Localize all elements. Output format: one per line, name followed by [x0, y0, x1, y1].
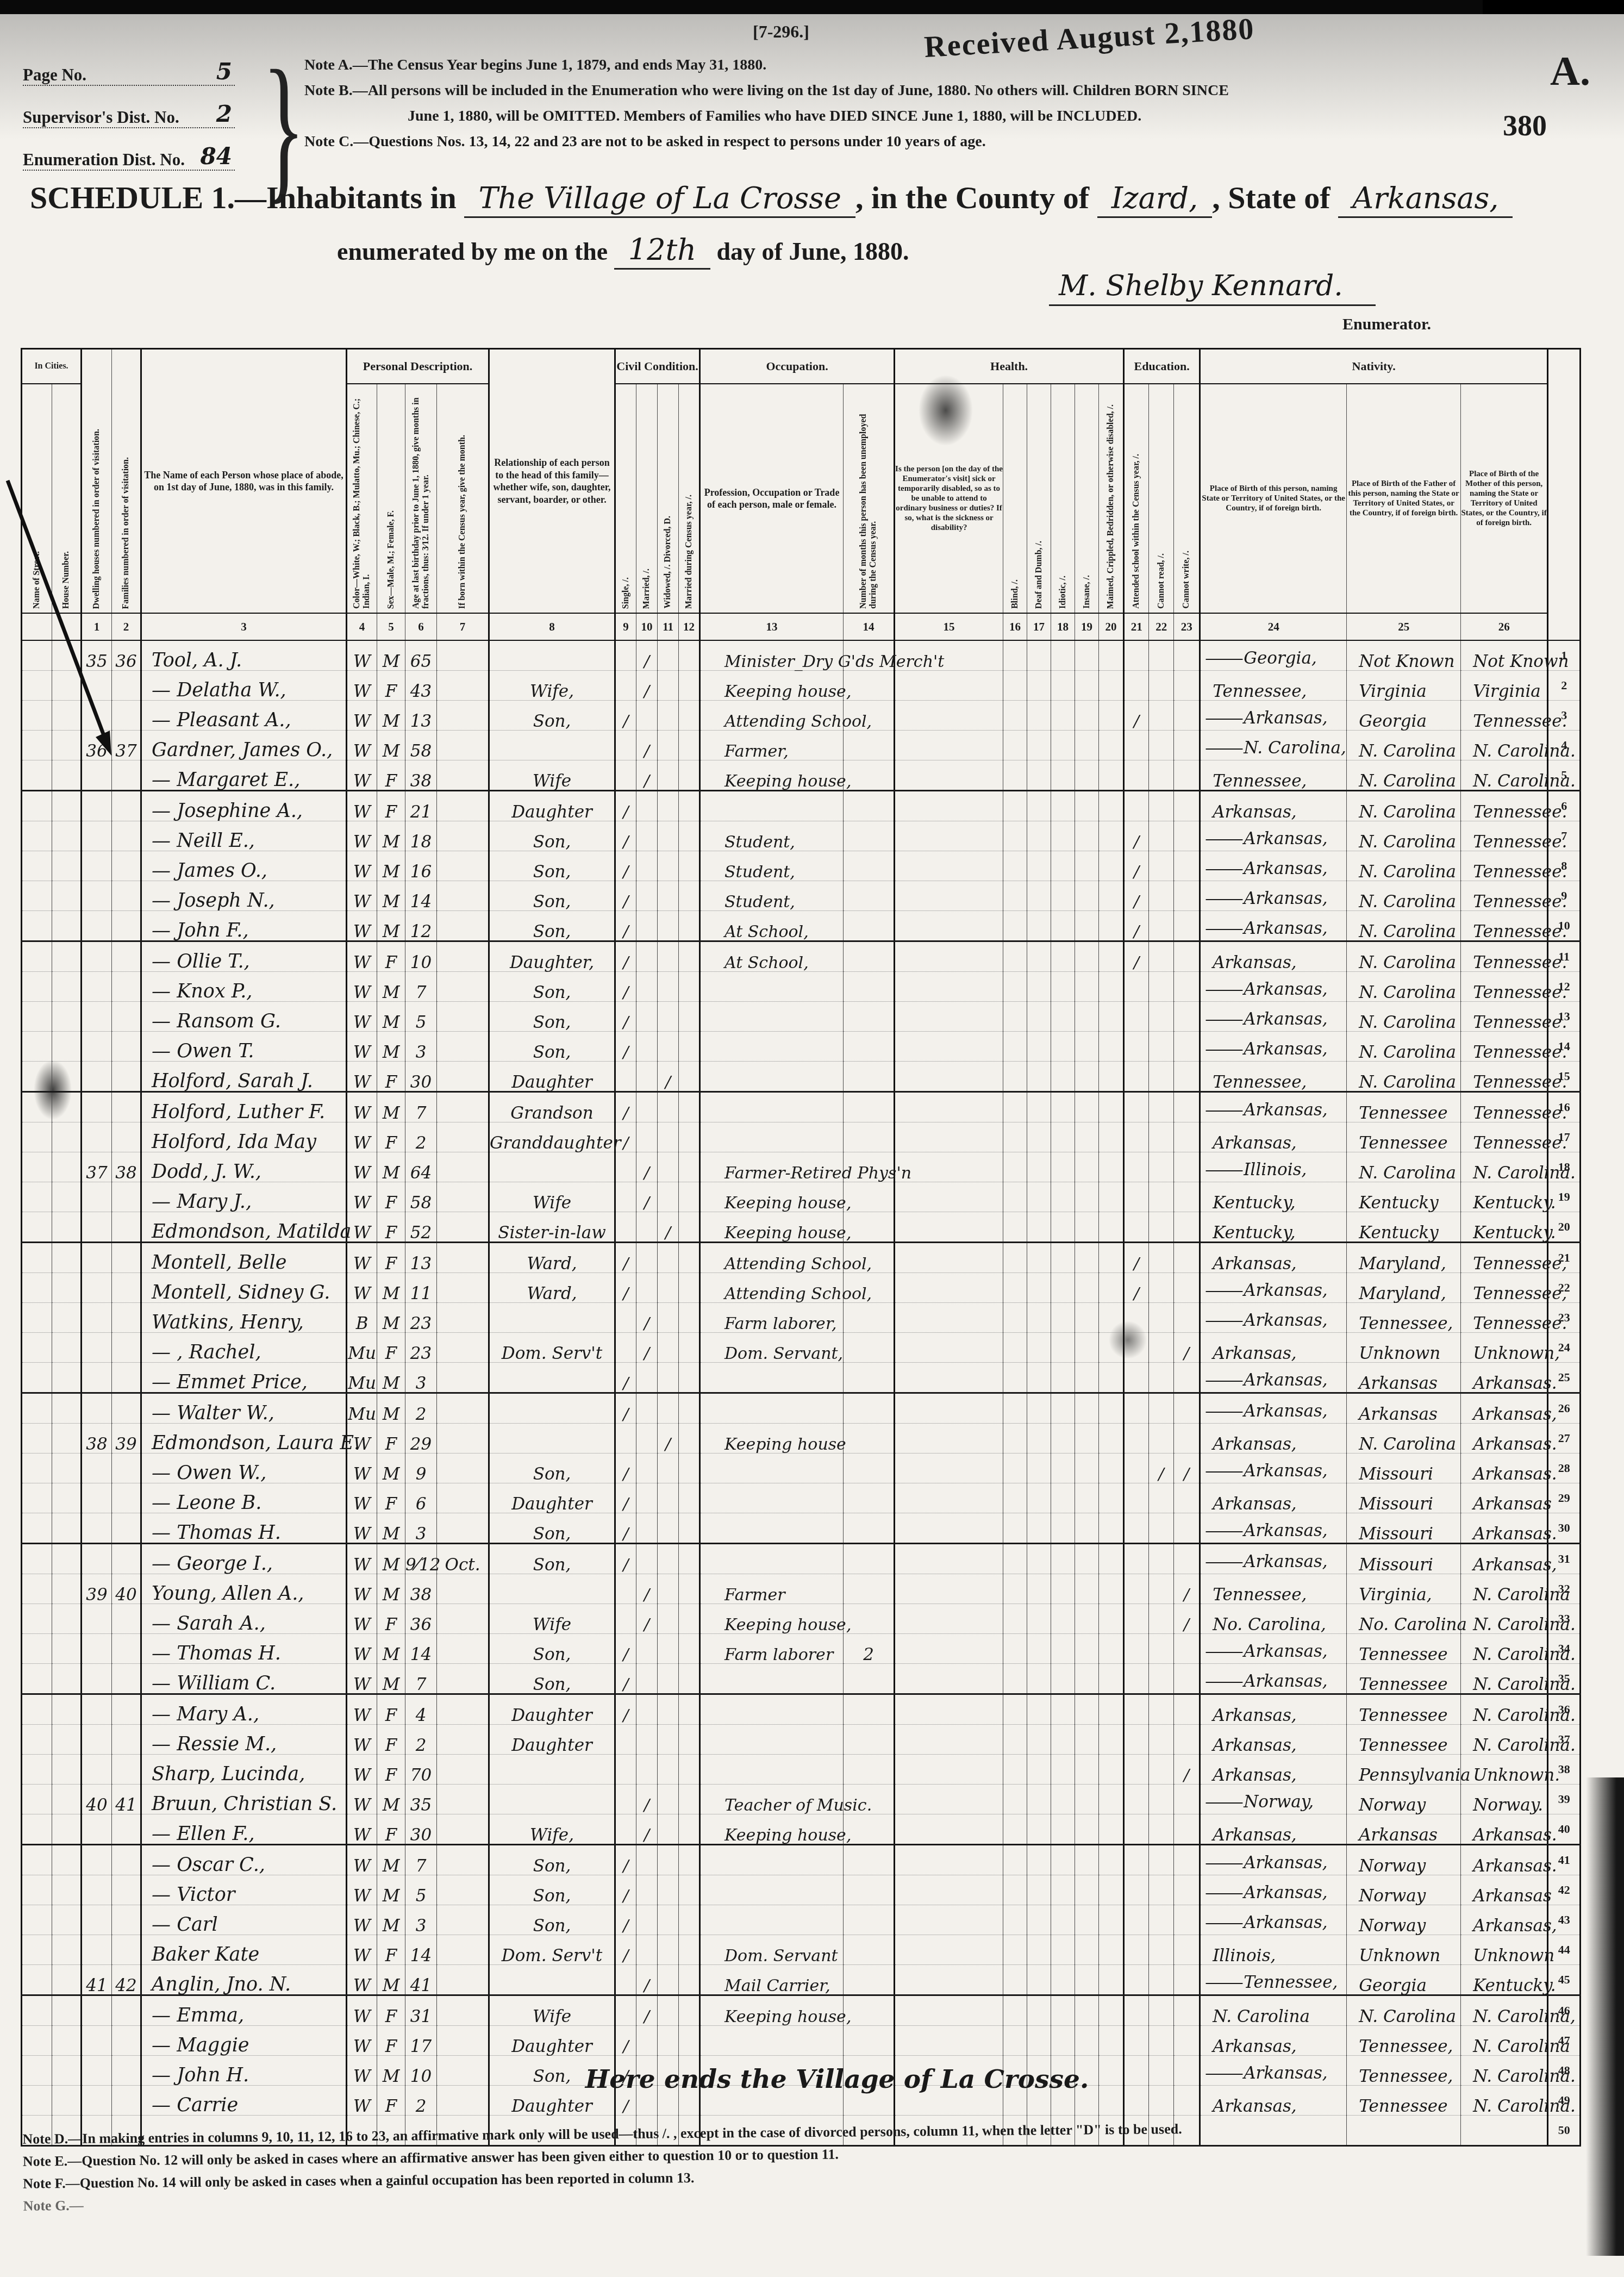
cell-cannot-write-mark	[1174, 1513, 1200, 1544]
cell-birth-month	[437, 1483, 489, 1513]
cell-cannot-read-mark	[1149, 1995, 1174, 2026]
cell-disabled-mark	[1099, 821, 1124, 851]
cell-cannot-write-mark	[1174, 1122, 1200, 1152]
cell-relationship: Dom. Serv't	[489, 1333, 615, 1363]
cell-idiotic-mark	[1051, 821, 1075, 851]
cell-blind-mark	[1003, 1182, 1027, 1212]
col-mother-birthplace-header: Place of Birth of the Mother of this per…	[1461, 384, 1548, 613]
cell-blind-mark	[1003, 1393, 1027, 1424]
cell-disabled-mark	[1099, 1513, 1124, 1544]
cell-deaf-mark	[1027, 1032, 1051, 1062]
ditto-dash: —	[1204, 1102, 1244, 1119]
cell-father-birthplace: N. Carolina	[1347, 1995, 1461, 2026]
cell-relationship	[489, 1393, 615, 1424]
cell-cannot-read-mark	[1149, 1363, 1174, 1393]
cell-father-birthplace: Pennsylvania	[1347, 1755, 1461, 1785]
cell-sex: M	[377, 701, 405, 731]
cell-house	[52, 1875, 82, 1905]
cell-house	[52, 1453, 82, 1483]
cell-mother-birthplace: Arkansas	[1461, 1483, 1548, 1513]
cell-relationship: Wife	[489, 760, 615, 791]
cell-married-cy-mark	[679, 1243, 700, 1273]
cell-married-mark	[636, 1393, 658, 1424]
col-married-header: Married, /.	[636, 384, 658, 613]
cell-color: W	[347, 1182, 377, 1212]
ditto-dash: —	[1204, 1041, 1244, 1058]
cell-sex: M	[377, 881, 405, 911]
cell-birth-month	[437, 972, 489, 1002]
cell-street	[22, 941, 52, 972]
cell-cannot-read-mark	[1149, 941, 1174, 972]
cell-disabled-mark	[1099, 671, 1124, 701]
cell-father-birthplace: Tennessee,	[1347, 2056, 1461, 2086]
census-row: 3940Young, Allen A.,WM38/Farmer/Tennesse…	[22, 1574, 1581, 1604]
cell-person-name: Dodd, J. W.,	[141, 1152, 347, 1182]
cell-birthplace: —Arkansas,	[1200, 972, 1347, 1002]
cell-months-unemployed	[844, 1393, 895, 1424]
cell-person-name: Bruun, Christian S.	[141, 1785, 347, 1814]
cell-mother-birthplace: N. Carolina.	[1461, 1664, 1548, 1694]
census-row: — Mary A.,WF4Daughter/Arkansas,Tennessee…	[22, 1694, 1581, 1725]
cell-family	[112, 1755, 141, 1785]
cell-single-mark	[615, 1785, 636, 1814]
cell-married-mark	[636, 1845, 658, 1875]
cell-sex: F	[377, 1995, 405, 2026]
cell-insane-mark	[1075, 701, 1099, 731]
cell-married-cy-mark	[679, 1182, 700, 1212]
cell-sickness	[895, 1755, 1003, 1785]
cell-married-mark: /	[636, 1152, 658, 1182]
cell-disabled-mark	[1099, 1393, 1124, 1424]
cell-mother-birthplace: N. Carolina	[1461, 2026, 1548, 2056]
cell-widowed-mark	[658, 1755, 679, 1785]
cell-age: 70	[405, 1755, 437, 1785]
column-number: 4	[347, 613, 377, 640]
cell-relationship: Son,	[489, 1634, 615, 1664]
cell-street	[22, 911, 52, 941]
cell-birth-month	[437, 731, 489, 760]
cell-school-mark	[1124, 1122, 1149, 1152]
cell-married-mark: /	[636, 731, 658, 760]
cell-dwelling	[82, 1725, 112, 1755]
schedule-label: SCHEDULE 1.—Inhabitants in	[30, 180, 457, 215]
cell-insane-mark	[1075, 1453, 1099, 1483]
cell-married-mark	[636, 1002, 658, 1032]
cell-father-birthplace: N. Carolina	[1347, 1032, 1461, 1062]
cell-married-mark	[636, 1363, 658, 1393]
cell-birthplace: Arkansas,	[1200, 2026, 1347, 2056]
cell-house	[52, 791, 82, 821]
cell-family	[112, 1092, 141, 1122]
cell-dwelling	[82, 1905, 112, 1935]
cell-family	[112, 1273, 141, 1303]
cell-sickness	[895, 851, 1003, 881]
cell-idiotic-mark	[1051, 972, 1075, 1002]
ditto-dash: —	[1204, 890, 1244, 907]
cell-street	[22, 1333, 52, 1363]
cell-deaf-mark	[1027, 1965, 1051, 1995]
cell-dwelling	[82, 851, 112, 881]
cell-school-mark	[1124, 1604, 1149, 1634]
cell-deaf-mark	[1027, 1333, 1051, 1363]
cell-dwelling	[82, 1032, 112, 1062]
cell-street	[22, 1694, 52, 1725]
cell-house	[52, 1845, 82, 1875]
cell-single-mark	[615, 760, 636, 791]
cell-family	[112, 1453, 141, 1483]
cell-widowed-mark	[658, 1995, 679, 2026]
cell-disabled-mark	[1099, 1122, 1124, 1152]
cell-school-mark	[1124, 1755, 1149, 1785]
cell-deaf-mark	[1027, 1424, 1051, 1453]
column-number: 23	[1174, 613, 1200, 640]
cell-relationship: Daughter	[489, 791, 615, 821]
cell-sex: F	[377, 1694, 405, 1725]
group-in-cities: In Cities.	[22, 349, 82, 384]
cell-insane-mark	[1075, 881, 1099, 911]
cell-relationship: Daughter	[489, 1725, 615, 1755]
cell-disabled-mark	[1099, 760, 1124, 791]
cell-widowed-mark	[658, 1303, 679, 1333]
cell-school-mark	[1124, 1664, 1149, 1694]
cell-sex: M	[377, 1393, 405, 1424]
note-c: Note C.—Questions Nos. 13, 14, 22 and 23…	[304, 129, 1467, 154]
col-profession-header: Profession, Occupation or Trade of each …	[700, 384, 844, 613]
cell-cannot-write-mark	[1174, 1544, 1200, 1574]
cell-widowed-mark	[658, 640, 679, 671]
supervisor-dist-value: 2	[216, 101, 232, 127]
cell-dwelling	[82, 1122, 112, 1152]
cell-insane-mark	[1075, 1995, 1099, 2026]
cell-cannot-write-mark: /	[1174, 1333, 1200, 1363]
cell-disabled-mark	[1099, 1814, 1124, 1845]
cell-idiotic-mark	[1051, 1122, 1075, 1152]
cell-school-mark	[1124, 972, 1149, 1002]
cell-married-mark	[636, 1755, 658, 1785]
cell-cannot-read-mark	[1149, 972, 1174, 1002]
cell-birth-month	[437, 821, 489, 851]
page-no-label: Page No.	[23, 65, 86, 85]
cell-blind-mark	[1003, 1243, 1027, 1273]
census-row: — , Rachel,MuF23Dom. Serv't/Dom. Servant…	[22, 1333, 1581, 1363]
cell-idiotic-mark	[1051, 1574, 1075, 1604]
cell-idiotic-mark	[1051, 1905, 1075, 1935]
cell-cannot-write-mark: /	[1174, 1755, 1200, 1785]
cell-person-name: — Leone B.	[141, 1483, 347, 1513]
cell-married-cy-mark	[679, 972, 700, 1002]
cell-house	[52, 941, 82, 972]
cell-married-mark	[636, 881, 658, 911]
cell-mother-birthplace: Tennessee.	[1461, 1032, 1548, 1062]
annotation-arrow	[0, 478, 141, 783]
column-number: 6	[405, 613, 437, 640]
cell-dwelling	[82, 1634, 112, 1664]
census-row: 4041Bruun, Christian S.WM35/Teacher of M…	[22, 1785, 1581, 1814]
cell-person-name: Holford, Ida May	[141, 1122, 347, 1152]
schedule-title: SCHEDULE 1.—Inhabitants in The Village o…	[30, 179, 1513, 216]
cell-school-mark: /	[1124, 941, 1149, 972]
cell-single-mark: /	[615, 1393, 636, 1424]
cell-deaf-mark	[1027, 1905, 1051, 1935]
cell-dwelling	[82, 1995, 112, 2026]
cell-school-mark	[1124, 671, 1149, 701]
cell-age: 2	[405, 1393, 437, 1424]
cell-disabled-mark	[1099, 1092, 1124, 1122]
cell-person-name: Anglin, Jno. N.	[141, 1965, 347, 1995]
cell-single-mark: /	[615, 972, 636, 1002]
cell-line-number: 29	[1548, 1483, 1581, 1513]
cell-widowed-mark	[658, 1664, 679, 1694]
cell-blind-mark	[1003, 1513, 1027, 1544]
cell-house	[52, 1905, 82, 1935]
cell-cannot-write-mark	[1174, 1182, 1200, 1212]
cell-birth-month	[437, 1664, 489, 1694]
cell-insane-mark	[1075, 1634, 1099, 1664]
cell-color: W	[347, 1092, 377, 1122]
census-page: [7-296.] Received August 2,1880 A. 380 P…	[0, 0, 1624, 2277]
col-color-header: Color—White, W.; Black, B.; Mulatto, Mu.…	[347, 384, 377, 613]
cell-occupation	[700, 1755, 844, 1785]
cell-family	[112, 1845, 141, 1875]
cell-sex: F	[377, 1062, 405, 1092]
cell-color: W	[347, 1513, 377, 1544]
cell-mother-birthplace: N. Carolina.	[1461, 1152, 1548, 1182]
cell-person-name: Montell, Belle	[141, 1243, 347, 1273]
cell-cannot-read-mark	[1149, 881, 1174, 911]
cell-color: W	[347, 1634, 377, 1664]
cell-color: W	[347, 1062, 377, 1092]
cell-idiotic-mark	[1051, 1212, 1075, 1243]
cell-widowed-mark	[658, 1363, 679, 1393]
cell-idiotic-mark	[1051, 1032, 1075, 1062]
cell-insane-mark	[1075, 1664, 1099, 1694]
cell-sex: M	[377, 1634, 405, 1664]
census-row: — Emmet Price,MuM3/—Arkansas,ArkansasArk…	[22, 1363, 1581, 1393]
cell-widowed-mark	[658, 851, 679, 881]
cell-occupation	[700, 1122, 844, 1152]
cell-cannot-write-mark	[1174, 671, 1200, 701]
cell-mother-birthplace: N. Carolina.	[1461, 2086, 1548, 2116]
cell-sex: M	[377, 1664, 405, 1694]
cell-cannot-read-mark	[1149, 1785, 1174, 1814]
cell-months-unemployed	[844, 1694, 895, 1725]
cell-married-mark	[636, 2026, 658, 2056]
cell-married-mark	[636, 1513, 658, 1544]
cell-birthplace: —Arkansas,	[1200, 1393, 1347, 1424]
cell-widowed-mark	[658, 941, 679, 972]
cell-birth-month	[437, 1875, 489, 1905]
cell-occupation	[700, 1002, 844, 1032]
cell-idiotic-mark	[1051, 1062, 1075, 1092]
cell-sex: M	[377, 1513, 405, 1544]
cell-married-mark	[636, 1694, 658, 1725]
cell-widowed-mark	[658, 1182, 679, 1212]
cell-street	[22, 972, 52, 1002]
cell-married-mark: /	[636, 1333, 658, 1363]
cell-family	[112, 821, 141, 851]
cell-father-birthplace: Arkansas	[1347, 1814, 1461, 1845]
cell-blind-mark	[1003, 941, 1027, 972]
ditto-dash: —	[1204, 1403, 1244, 1420]
cell-person-name: Tool, A. J.	[141, 640, 347, 671]
cell-occupation: Keeping house,	[700, 1814, 844, 1845]
cell-house	[52, 1785, 82, 1814]
census-row: — Leone B.WF6Daughter/Arkansas,MissouriA…	[22, 1483, 1581, 1513]
cell-age: 43	[405, 671, 437, 701]
cell-single-mark: /	[615, 1694, 636, 1725]
cell-occupation: Attending School,	[700, 1273, 844, 1303]
cell-deaf-mark	[1027, 881, 1051, 911]
cell-birthplace: Arkansas,	[1200, 2086, 1347, 2116]
ditto-dash: —	[1204, 1974, 1244, 1991]
cell-school-mark	[1124, 1062, 1149, 1092]
cell-sex: M	[377, 640, 405, 671]
cell-cannot-read-mark	[1149, 1905, 1174, 1935]
cell-school-mark	[1124, 1303, 1149, 1333]
ditto-dash: —	[1204, 1011, 1244, 1028]
cell-color: W	[347, 1574, 377, 1604]
cell-relationship: Son,	[489, 1453, 615, 1483]
census-row: — Margaret E.,WF38Wife/Keeping house,Ten…	[22, 760, 1581, 791]
cell-street	[22, 1032, 52, 1062]
cell-dwelling	[82, 1212, 112, 1243]
cell-house	[52, 1725, 82, 1755]
cell-cannot-write-mark	[1174, 1092, 1200, 1122]
cell-single-mark	[615, 1424, 636, 1453]
cell-widowed-mark: /	[658, 1424, 679, 1453]
column-number: 5	[377, 613, 405, 640]
cell-person-name: — , Rachel,	[141, 1333, 347, 1363]
cell-deaf-mark	[1027, 1062, 1051, 1092]
cell-sickness	[895, 1122, 1003, 1152]
cell-birth-month	[437, 1243, 489, 1273]
cell-disabled-mark	[1099, 1574, 1124, 1604]
census-row: Holford, Ida MayWF2Granddaughter/Arkansa…	[22, 1122, 1581, 1152]
cell-idiotic-mark	[1051, 731, 1075, 760]
cell-insane-mark	[1075, 1333, 1099, 1363]
cell-insane-mark	[1075, 791, 1099, 821]
cell-married-cy-mark	[679, 941, 700, 972]
cell-color: W	[347, 881, 377, 911]
cell-cannot-read-mark	[1149, 1604, 1174, 1634]
cell-house	[52, 1574, 82, 1604]
cell-months-unemployed	[844, 791, 895, 821]
cell-house	[52, 1092, 82, 1122]
cell-single-mark: /	[615, 1363, 636, 1393]
cell-idiotic-mark	[1051, 911, 1075, 941]
census-row: — Owen W.,WM9Son,///—Arkansas,MissouriAr…	[22, 1453, 1581, 1483]
cell-mother-birthplace: Tennessee.	[1461, 851, 1548, 881]
cell-disabled-mark	[1099, 1363, 1124, 1393]
cell-sickness	[895, 731, 1003, 760]
supervisor-dist-label: Supervisor's Dist. No.	[23, 108, 179, 127]
cell-school-mark	[1124, 1483, 1149, 1513]
cell-months-unemployed	[844, 1574, 895, 1604]
cell-house	[52, 1363, 82, 1393]
cell-father-birthplace: Tennessee	[1347, 1664, 1461, 1694]
cell-sickness	[895, 791, 1003, 821]
cell-person-name: — Owen T.	[141, 1032, 347, 1062]
cell-house	[52, 972, 82, 1002]
cell-relationship: Son,	[489, 1905, 615, 1935]
cell-married-cy-mark	[679, 1152, 700, 1182]
cell-cannot-write-mark	[1174, 1424, 1200, 1453]
cell-cannot-write-mark	[1174, 640, 1200, 671]
cell-family	[112, 1634, 141, 1664]
cell-months-unemployed	[844, 1483, 895, 1513]
cell-dwelling	[82, 1002, 112, 1032]
cell-age: 9	[405, 1453, 437, 1483]
cell-street	[22, 1152, 52, 1182]
cell-married-cy-mark	[679, 1303, 700, 1333]
cell-married-cy-mark	[679, 1755, 700, 1785]
cell-house	[52, 1333, 82, 1363]
cell-deaf-mark	[1027, 1995, 1051, 2026]
cell-school-mark: /	[1124, 1243, 1149, 1273]
column-number: 18	[1051, 613, 1075, 640]
census-row: Holford, Sarah J.WF30Daughter/Tennessee,…	[22, 1062, 1581, 1092]
cell-birthplace: —Arkansas,	[1200, 851, 1347, 881]
cell-months-unemployed	[844, 1544, 895, 1574]
census-row: — CarlWM3Son,/—Arkansas,NorwayArkansas,4…	[22, 1905, 1581, 1935]
cell-dwelling	[82, 1062, 112, 1092]
cell-sickness	[895, 972, 1003, 1002]
cell-relationship	[489, 640, 615, 671]
cell-house	[52, 2086, 82, 2116]
cell-insane-mark	[1075, 1604, 1099, 1634]
cell-cannot-read-mark	[1149, 1122, 1174, 1152]
cell-school-mark	[1124, 791, 1149, 821]
cell-occupation: Farmer	[700, 1574, 844, 1604]
cell-deaf-mark	[1027, 1393, 1051, 1424]
cell-house	[52, 1755, 82, 1785]
cell-married-mark: /	[636, 640, 658, 671]
cell-disabled-mark	[1099, 1634, 1124, 1664]
cell-cannot-write-mark	[1174, 1002, 1200, 1032]
cell-deaf-mark	[1027, 1935, 1051, 1965]
cell-single-mark: /	[615, 911, 636, 941]
cell-disabled-mark	[1099, 1755, 1124, 1785]
column-number: 15	[895, 613, 1003, 640]
census-row: — Owen T.WM3Son,/—Arkansas,N. CarolinaTe…	[22, 1032, 1581, 1062]
cell-married-mark	[636, 1483, 658, 1513]
cell-widowed-mark	[658, 1604, 679, 1634]
enumerated-label: enumerated by me on the	[337, 238, 608, 265]
cell-relationship: Son,	[489, 1513, 615, 1544]
cell-family	[112, 1212, 141, 1243]
cell-father-birthplace: N. Carolina	[1347, 1152, 1461, 1182]
cell-single-mark: /	[615, 881, 636, 911]
cell-relationship: Ward,	[489, 1243, 615, 1273]
cell-street	[22, 1363, 52, 1393]
cell-birth-month	[437, 791, 489, 821]
cell-relationship	[489, 1755, 615, 1785]
cell-age: 13	[405, 701, 437, 731]
cell-disabled-mark	[1099, 1032, 1124, 1062]
cell-father-birthplace: Unknown	[1347, 1333, 1461, 1363]
cell-cannot-write-mark	[1174, 1935, 1200, 1965]
cell-age: 2	[405, 1725, 437, 1755]
cell-color: Mu	[347, 1393, 377, 1424]
cell-married-mark: /	[636, 1604, 658, 1634]
cell-color: W	[347, 1725, 377, 1755]
column-number: 7	[437, 613, 489, 640]
cell-street	[22, 1845, 52, 1875]
cell-sex: F	[377, 1424, 405, 1453]
cell-idiotic-mark	[1051, 640, 1075, 671]
cell-deaf-mark	[1027, 1544, 1051, 1574]
cell-person-name: — Owen W.,	[141, 1453, 347, 1483]
